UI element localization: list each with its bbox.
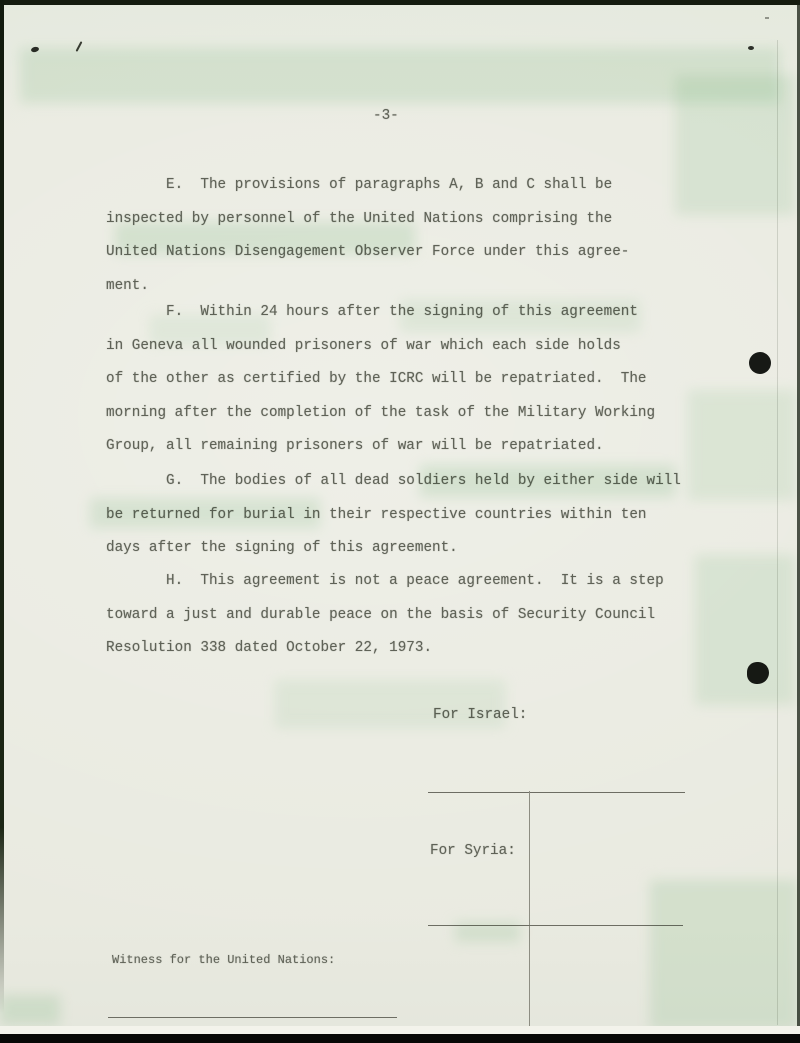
black-dot-mark-upper — [749, 352, 771, 374]
witness-signature-line — [108, 1017, 397, 1018]
paragraph-g: G. The bodies of all dead soldiers held … — [106, 465, 681, 566]
ink-speck-top-right — [748, 46, 754, 50]
scan-edge-left — [0, 0, 4, 1034]
ink-speck-top-left — [31, 46, 40, 53]
signature-divider-line — [529, 791, 530, 1034]
israel-signature-line — [428, 792, 685, 793]
for-syria-label: For Syria: — [430, 843, 516, 860]
paragraph-f: F. Within 24 hours after the signing of … — [106, 296, 655, 464]
scan-stain — [20, 48, 780, 103]
witness-label: Witness for the United Nations: — [112, 953, 335, 967]
syria-signature-line — [428, 925, 683, 926]
paragraph-h: H. This agreement is not a peace agreeme… — [106, 565, 664, 666]
ink-speck-top-right-small — [765, 17, 769, 19]
page-number: -3- — [373, 108, 399, 125]
for-israel-label: For Israel: — [433, 707, 527, 724]
scan-strip-light — [0, 1026, 800, 1034]
black-dot-mark-lower — [747, 662, 769, 684]
scan-stain — [695, 555, 795, 705]
scan-edge-top — [0, 0, 800, 5]
scan-stain — [0, 995, 60, 1025]
scan-stain — [688, 390, 796, 500]
paragraph-e: E. The provisions of paragraphs A, B and… — [106, 169, 629, 303]
scan-stain — [650, 880, 798, 1030]
pen-tick-top-left — [76, 41, 83, 52]
scan-fold-line — [777, 40, 778, 1025]
scanned-document-page: -3- E. The provisions of paragraphs A, B… — [0, 0, 800, 1043]
scan-strip-black — [0, 1034, 800, 1043]
